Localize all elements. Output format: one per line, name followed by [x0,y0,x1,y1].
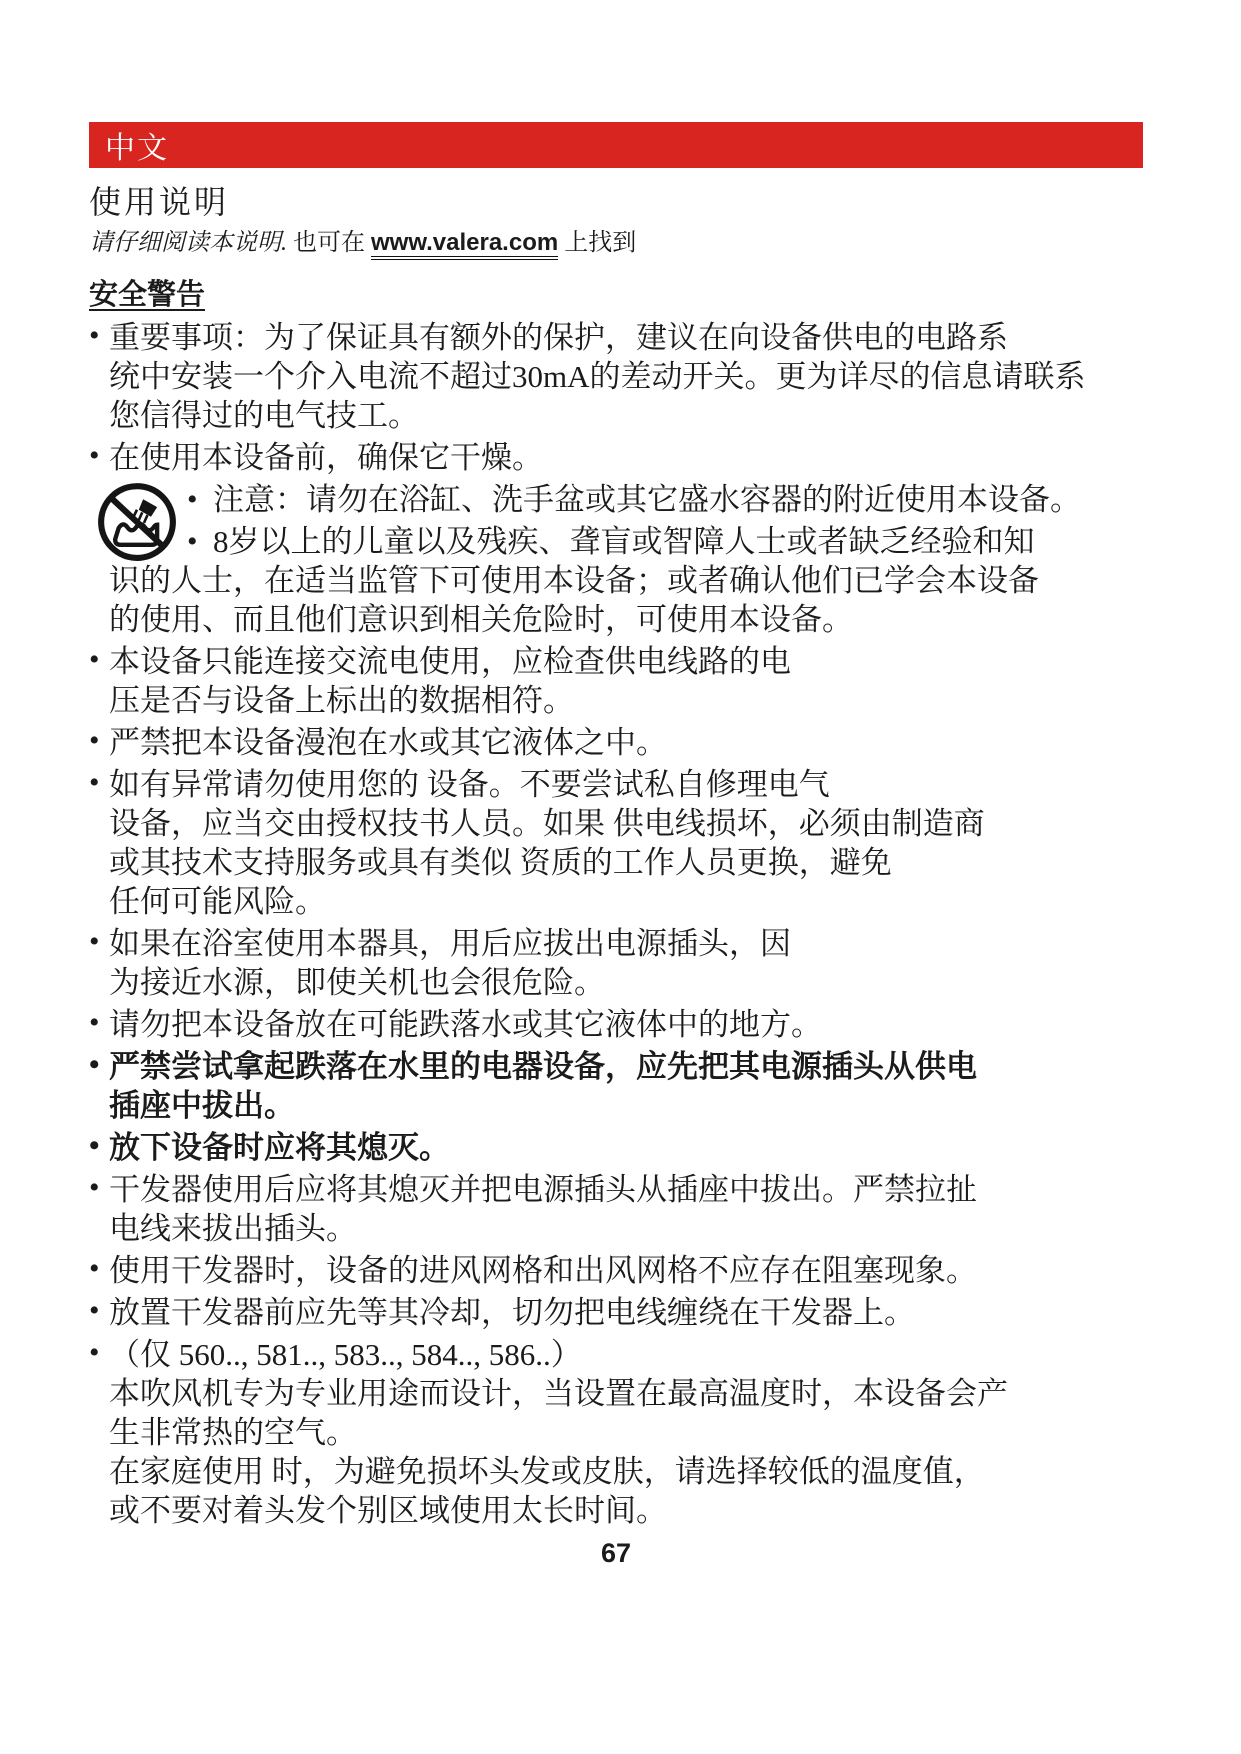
warning-line: 在家庭使用 时，为避免损坏头发或皮肤，请选择较低的温度值， [109,1452,1143,1491]
warning-line: 任何可能风险。 [109,882,1143,921]
warning-item: • 在使用本设备前，确保它干燥。 [89,438,1143,477]
bullet-marker: • [89,1003,100,1042]
language-banner-label: 中文 [105,123,169,167]
warning-item: • 放置干发器前应先等其冷却，切勿把电线缠绕在干发器上。 [89,1293,1143,1332]
warning-line: 严禁把本设备漫泡在水或其它液体之中。 [109,723,1143,762]
warning-line: 或不要对着头发个别区域使用太长时间。 [109,1491,1143,1530]
bullet-marker: • [89,640,100,679]
warning-line: 请勿把本设备放在可能跌落水或其它液体中的地方。 [109,1005,1143,1044]
warning-item: • 干发器使用后应将其熄灭并把电源插头从插座中拔出。严禁拉扯 电线来拔出插头。 [89,1170,1143,1248]
warning-item: • 请勿把本设备放在可能跌落水或其它液体中的地方。 [89,1005,1143,1044]
warning-line: •8岁以上的儿童以及残疾、聋盲或智障人士或者缺乏经验和知 [109,522,1143,561]
warning-item: • （仅 560.., 581.., 583.., 584.., 586..） … [89,1335,1143,1530]
read-notice: 请仔细阅读本说明. 也可在 www.valera.com 上找到 [89,228,1143,258]
warning-item: • 如果在浴室使用本器具，用后应拔出电源插头，因 为接近水源，即使关机也会很危险… [89,924,1143,1002]
bullet-marker: • [89,1291,100,1330]
warning-text: 注意：请勿在浴缸、洗手盆或其它盛水容器的附近使用本设备。 [213,482,1081,517]
warning-line: 本吹风机专为专业用途而设计，当设置在最高温度时，本设备会产 [109,1374,1143,1413]
read-notice-middle: 也可在 [293,230,365,256]
bullet-marker: • [89,721,100,760]
warning-line: 您信得过的电气技工。 [109,396,1143,435]
bullet-marker: • [187,522,213,561]
read-notice-suffix: 上找到 [564,230,636,256]
warning-line: 在使用本设备前，确保它干燥。 [109,438,1143,477]
warning-item: • 本设备只能连接交流电使用，应检查供电线路的电 压是否与设备上标出的数据相符。 [89,642,1143,720]
page-title: 使用说明 [89,184,1143,220]
section-heading: 安全警告 [89,278,205,312]
warning-item: • 严禁把本设备漫泡在水或其它液体之中。 [89,723,1143,762]
bullet-marker: • [89,922,100,961]
bullet-marker: • [89,316,100,355]
warning-item: • 使用干发器时，设备的进风网格和出风网格不应存在阻塞现象。 [89,1251,1143,1290]
warning-item-emphasized: • 放下设备时应将其熄灭。 [89,1128,1143,1167]
warning-item-with-icon: •注意：请勿在浴缸、洗手盆或其它盛水容器的附近使用本设备。 [89,480,1143,519]
bullet-marker: • [89,436,100,475]
page-content: 中文 使用说明 请仔细阅读本说明. 也可在 www.valera.com 上找到… [89,122,1143,1569]
warning-line: 如有异常请勿使用您的 设备。不要尝试私自修理电气 [109,765,1143,804]
warning-line: 如果在浴室使用本器具，用后应拔出电源插头，因 [109,924,1143,963]
warning-line: 放置干发器前应先等其冷却，切勿把电线缠绕在干发器上。 [109,1293,1143,1332]
warning-line: 为接近水源，即使关机也会很危险。 [109,963,1143,1002]
warning-line: 干发器使用后应将其熄灭并把电源插头从插座中拔出。严禁拉扯 [109,1170,1143,1209]
warning-line: 设备，应当交由授权技书人员。如果 供电线损坏，必须由制造商 [109,804,1143,843]
warning-line: 或其技术支持服务或具有类似 资质的工作人员更换，避免 [109,843,1143,882]
manual-page: 中文 使用说明 请仔细阅读本说明. 也可在 www.valera.com 上找到… [0,0,1241,1754]
warning-line: 识的人士，在适当监管下可使用本设备；或者确认他们已学会本设备 [109,561,1143,600]
warning-line: 重要事项：为了保证具有额外的保护，建议在向设备供电的电路系 [109,318,1143,357]
warning-line: 生非常热的空气。 [109,1413,1143,1452]
warning-item: • 重要事项：为了保证具有额外的保护，建议在向设备供电的电路系 统中安装一个介入… [89,318,1143,435]
bullet-marker: • [89,1333,100,1372]
warning-line: （仅 560.., 581.., 583.., 584.., 586..） [109,1335,1143,1374]
language-banner: 中文 [89,122,1143,168]
warning-line: 插座中拔出。 [109,1086,1143,1125]
warning-line: •注意：请勿在浴缸、洗手盆或其它盛水容器的附近使用本设备。 [109,480,1143,519]
read-notice-italic: 请仔细阅读本说明. [89,230,287,256]
warning-line: 放下设备时应将其熄灭。 [109,1128,1143,1167]
warning-line: 统中安装一个介入电流不超过30mA的差动开关。更为详尽的信息请联系 [109,357,1143,396]
warnings-list: • 重要事项：为了保证具有额外的保护，建议在向设备供电的电路系 统中安装一个介入… [89,318,1143,1530]
warning-item: •8岁以上的儿童以及残疾、聋盲或智障人士或者缺乏经验和知 识的人士，在适当监管下… [89,522,1143,639]
page-number: 67 [89,1538,1143,1569]
warning-line: 严禁尝试拿起跌落在水里的电器设备，应先把其电源插头从供电 [109,1047,1143,1086]
warning-text: 8岁以上的儿童以及残疾、聋盲或智障人士或者缺乏经验和知 [213,524,1035,559]
bullet-marker: • [89,1249,100,1288]
warning-item: • 如有异常请勿使用您的 设备。不要尝试私自修理电气 设备，应当交由授权技书人员… [89,765,1143,921]
website-link[interactable]: www.valera.com [371,229,558,260]
warning-line: 使用干发器时，设备的进风网格和出风网格不应存在阻塞现象。 [109,1251,1143,1290]
bullet-marker: • [89,1045,100,1084]
bullet-marker: • [89,1168,100,1207]
bullet-marker: • [89,763,100,802]
bullet-marker: • [187,480,213,519]
warning-line: 本设备只能连接交流电使用，应检查供电线路的电 [109,642,1143,681]
bullet-marker: • [89,1126,100,1165]
warning-line: 压是否与设备上标出的数据相符。 [109,681,1143,720]
warning-line: 的使用、而且他们意识到相关危险时，可使用本设备。 [109,600,1143,639]
warning-line: 电线来拔出插头。 [109,1209,1143,1248]
warning-item-emphasized: • 严禁尝试拿起跌落在水里的电器设备，应先把其电源插头从供电 插座中拔出。 [89,1047,1143,1125]
